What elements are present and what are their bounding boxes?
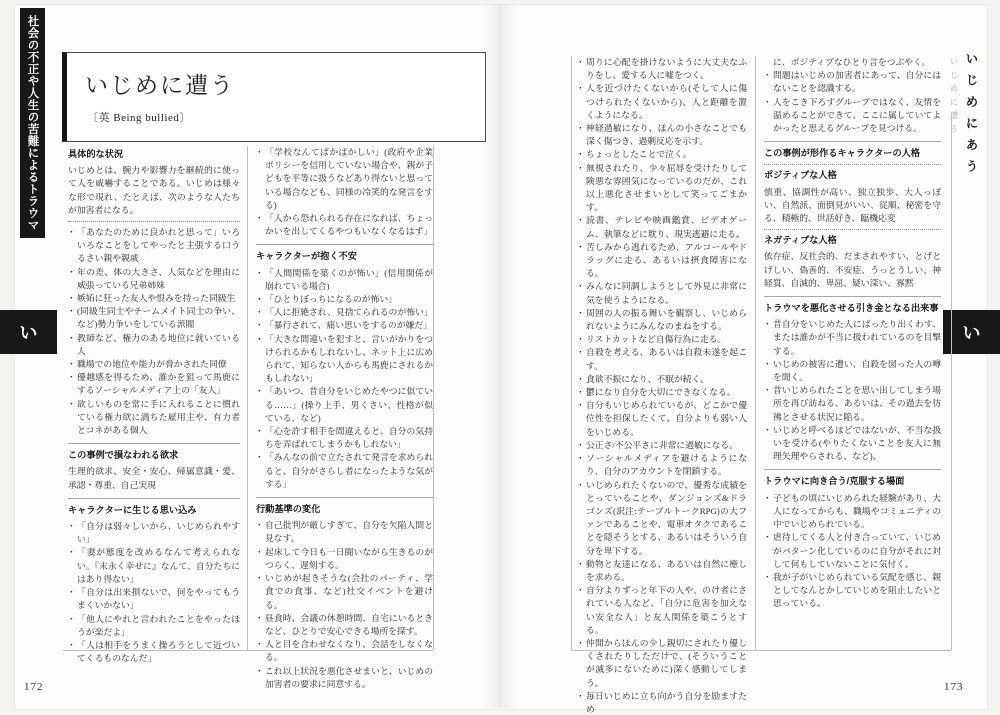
left-page-textblock-right-rule	[433, 146, 434, 650]
index-tab-left: い	[0, 310, 57, 354]
bullet-item: ちょっとしたことで泣く。	[577, 148, 747, 161]
running-head-kanji: いじめに遭う	[948, 57, 960, 177]
page-number-left: 172	[24, 681, 44, 693]
bullet-item: 昼食時、会議の休憩時間、自宅にいるときなど、ひとりで安心できる場所を探す。	[256, 612, 433, 638]
bullet-item: 教師など、権力のある地位に就いている人	[68, 332, 240, 358]
dotted-divider	[764, 164, 941, 165]
bullet-item: 「あなたのために良かれと思って」いろいろなことをしてやったと主張する口うるさい親…	[68, 226, 240, 266]
bullet-list: 「学校なんてばかばかしい」(政府や企業ポリシーを信用していない場合や、親が子ども…	[256, 146, 433, 238]
book-spine	[482, 4, 518, 708]
bullet-item: 周りに心配を掛けないように大丈夫なふりをし、愛する人に嘘をつく。	[577, 56, 747, 82]
bullet-item: いじめられたくないので、優秀な成績をとっていることや、ダンジョンズ&ドラゴンズ(…	[577, 479, 747, 558]
bullet-item: 嫉妬に狂った友人や恨みを持った同級生	[68, 292, 240, 305]
bullet-item: 「ひとりぼっちになるのが怖い」	[256, 293, 433, 306]
book-spread-photo: 社会の不正や人生の苦難によるトラウマ い い いじめにあう いじめに遭う いじめ…	[0, 0, 1000, 715]
bullet-item: いじめと呼べるほどではないが、不当な扱いを受ける(やりたくないことを友人に無理矢…	[764, 424, 941, 464]
bullet-list: 「あなたのために良かれと思って」いろいろなことをしてやったと主張する口うるさい親…	[68, 226, 240, 437]
bullet-item: 「心を許す相手を間違えると、自分の気持ちを弄ばれてしまうかもしれない」	[256, 425, 433, 451]
continuation-text: に、ポジティブなひとり言をつぶやく。	[764, 56, 941, 69]
bullet-item: 周囲の人の振る舞いを観察し、いじめられないようにみんなのまねをする。	[577, 307, 747, 333]
section-header: キャラクターが抱く不安	[256, 250, 433, 263]
bullet-item: 無視されたり、少々屈辱を受けたりして険悪な雰囲気になっているのだが、これ以上悪化…	[577, 162, 747, 215]
sub-section-header: ネガティブな人格	[764, 234, 941, 247]
bullet-item: 「人に拒絶され、見捨てられるのが怖い」	[256, 306, 433, 319]
bullet-item: 「自分は出来損ないで、何をやってもうまくいかない」	[68, 586, 240, 612]
bullet-item: (同級生同士やチームメイト同士の争い、など)勢力争いをしている派閥	[68, 305, 240, 331]
bullet-list: 昔自分をいじめた人にばったり出くわす、または誰かが不当に扱われているのを目撃する…	[764, 318, 941, 463]
bullet-item: 「大きな間違いを犯すと、言いがかりをつけられるかもしれないし、ネット上に広められ…	[256, 333, 433, 386]
section-header: 具体的な状況	[68, 148, 240, 161]
bullet-list: 問題はいじめの加害者にあって、自分にはないことを認識する。人をこき下ろすグループ…	[764, 69, 941, 135]
right-page-column-1: 周りに心配を掛けないように大丈夫なふりをし、愛する人に嘘をつく。人を近づけたくな…	[577, 56, 747, 715]
bullet-item: リストカットなど自傷行為に走る。	[577, 333, 747, 346]
body-paragraph: 依存症、反社会的、だまされやすい、とげとげしい、偽善的、不安症、うっとうしい、神…	[764, 250, 941, 290]
bullet-item: 読書、テレビや映画鑑賞、ビデオゲーム、執筆などに耽り、現実逃避に走る。	[577, 214, 747, 240]
section-divider	[68, 498, 240, 499]
page-number-right: 173	[944, 681, 964, 693]
right-page-column-2: に、ポジティブなひとり言をつぶやく。問題はいじめの加害者にあって、自分にはないこ…	[764, 56, 941, 611]
bullet-item: 「人間関係を築くのが怖い」(信用関係が崩れている場合)	[256, 267, 433, 293]
bullet-item: 「他人にやれと言われたことをやったほうが楽だよ」	[68, 613, 240, 639]
bullet-item: 自殺を考える、あるいは自殺未遂を起こす。	[577, 346, 747, 372]
bullet-list: 「人間関係を築くのが怖い」(信用関係が崩れている場合)「ひとりぼっちになるのが怖…	[256, 267, 433, 491]
section-divider	[764, 469, 941, 470]
bullet-item: 虐待してくる人と付き合っていて、いじめがパターン化しているのに自分がそれに対して…	[764, 531, 941, 571]
bullet-item: 動物と友達になる、あるいは自然に癒しを求める。	[577, 558, 747, 584]
category-banner: 社会の不正や人生の苦難によるトラウマ	[20, 8, 45, 238]
dotted-divider	[68, 221, 240, 222]
bullet-item: 子どもの頃にいじめられた経験があり、大人になってからも、職場やコミュニティの中で…	[764, 492, 941, 532]
section-divider	[256, 244, 433, 245]
bullet-item: 苦しみから逃れるため、アルコールやドラッグに走る、あるいは摂食障害になる。	[577, 241, 747, 281]
bullet-item: 優越感を得るため、誰かを狙って馬鹿にするソーシャルメディア上の「友人」	[68, 371, 240, 397]
bullet-item: 人と目を合わせなくなり、会話をしなくなる。	[256, 638, 433, 664]
bullet-item: これ以上状況を悪化させまいと、いじめの加害者の要求に同意する。	[256, 665, 433, 691]
section-divider	[764, 141, 941, 142]
bullet-item: ソーシャルメディアを避けるようになり、自分のアカウントを閉鎖する。	[577, 452, 747, 478]
bullet-item: 自分もいじめられているが、どこかで優位性を担保したくて、自分よりも弱い人をいじめ…	[577, 399, 747, 439]
entry-title-box: いじめに遭う 〔英 Being bullied〕	[62, 52, 486, 142]
section-header: トラウマを悪化させる引き金となる出来事	[764, 302, 941, 315]
bullet-item: 仲間からほんの少し親切にされたり優しくされたりしただけで、(そういうことが滅多に…	[577, 637, 747, 690]
left-page-bottom-rule	[63, 650, 433, 651]
dotted-divider	[764, 229, 941, 230]
section-header: キャラクターに生じる思い込み	[68, 504, 240, 517]
bullet-item: 神経過敏になり、ほんの小さなことでも深く傷つき、過剰反応を示す。	[577, 122, 747, 148]
bullet-list: 子どもの頃にいじめられた経験があり、大人になってからも、職場やコミュニティの中で…	[764, 492, 941, 611]
entry-title: いじめに遭う	[85, 67, 235, 100]
section-divider	[256, 497, 433, 498]
right-page-bottom-rule	[571, 650, 951, 651]
right-page-textblock-left-rule	[571, 56, 572, 650]
bullet-item: 食欲不振になり、不眠が続く。	[577, 373, 747, 386]
bullet-item: 「人は相手をうまく操ろうとして近づいてくるものなんだ」	[68, 639, 240, 665]
left-page-column-divider	[247, 146, 248, 650]
bullet-item: 人を近づけたくないから(そして人に傷つけられたくないから)、人と距離を置くように…	[577, 82, 747, 122]
section-header: この事例で損なわれる欲求	[68, 449, 240, 462]
right-page-column-divider	[755, 56, 756, 650]
bullet-item: 「学校なんてばかばかしい」(政府や企業ポリシーを信用していない場合や、親が子ども…	[256, 146, 433, 212]
bullet-item: いじめの被害に遭い、自殺を図った人の噂を聞く。	[764, 358, 941, 384]
bullet-item: 年の差、体の大きさ、人気などを理由に威張っている兄弟姉妹	[68, 266, 240, 292]
bullet-item: 昔自分をいじめた人にばったり出くわす、または誰かが不当に扱われているのを目撃する…	[764, 318, 941, 358]
entry-title-english: 〔英 Being bullied〕	[87, 109, 191, 125]
section-divider	[68, 443, 240, 444]
bullet-item: みんなに同調しようとして外見に非常に気を使うようになる。	[577, 280, 747, 306]
section-header: トラウマに向き合う/克服する場面	[764, 475, 941, 488]
bullet-list: 自己批判が厳しすぎて、自分を欠陥人間と見なす。起床して今日も一日闘いながら生きる…	[256, 519, 433, 691]
right-page-edge-rule	[951, 112, 952, 650]
body-paragraph: 生理的欲求、安全・安心、帰属意識・愛、承認・尊重、自己実現	[68, 465, 240, 491]
bullet-item: 「あいつ、昔自分をいじめたやつに似ている……」(操り上手、男くさい、性格が似てい…	[256, 385, 433, 425]
bullet-item: 昔いじめられたことを思い出してしまう場所を再び訪ねる、あるいは、その過去を彷彿と…	[764, 384, 941, 424]
bullet-item: 自分よりずっと年下の人や、のけ者にされている人など、「自分に危害を加えない安全な…	[577, 584, 747, 637]
body-paragraph: 慎重、協調性が高い、独立独歩、大人っぽい、自然派、面倒見がいい、従順、秘密を守る…	[764, 186, 941, 226]
bullet-item: 起床して今日も一日闘いながら生きるのがつらく、遅刻する。	[256, 546, 433, 572]
bullet-item: 問題はいじめの加害者にあって、自分にはないことを認識する。	[764, 69, 941, 95]
bullet-item: 「自分は弱々しいから、いじめられやすい」	[68, 520, 240, 546]
section-header: 行動基準の変化	[256, 503, 433, 516]
left-page-column-1: 具体的な状況いじめとは、腕力や影響力を継続的に使って人を威嚇することである。いじ…	[68, 146, 240, 665]
bullet-item: 「みんなの前で立たされて発言を求められると、自分がさらし者になったような気がする…	[256, 451, 433, 491]
bullet-item: 「人から恐れられる存在になれば、ちょっかいを出してくるやつもいなくなるはず」	[256, 212, 433, 238]
left-page-column-2: 「学校なんてばかばかしい」(政府や企業ポリシーを信用していない場合や、親が子ども…	[256, 146, 433, 691]
running-head-kana: いじめにあう	[962, 52, 980, 222]
bullet-list: 周りに心配を掛けないように大丈夫なふりをし、愛する人に嘘をつく。人を近づけたくな…	[577, 56, 747, 715]
bullet-item: 鬱になり自分を大切にできなくなる。	[577, 386, 747, 399]
section-header: この事例が形作るキャラクターの人格	[764, 147, 941, 160]
body-paragraph: いじめとは、腕力や影響力を継続的に使って人を威嚇することである。いじめは様々な形…	[68, 164, 240, 217]
bullet-item: 「暴行されて、痛い思いをするのが嫌だ」	[256, 319, 433, 332]
bullet-item: いじめが起きそうな(会社のパーティ、学食での食事、など)社交イベントを避ける。	[256, 572, 433, 612]
section-divider	[764, 296, 941, 297]
bullet-item: 毎日いじめに立ち向かう自分を励ますため	[577, 690, 747, 715]
bullet-item: 職場での地位や能力が脅かされた同僚	[68, 358, 240, 371]
bullet-item: 我が子がいじめられている気配を感じ、親としてなんとかしていじめを阻止したいと思っ…	[764, 571, 941, 611]
sub-section-header: ポジティブな人格	[764, 169, 941, 182]
bullet-item: 公正さ/不公平さに非常に過敏になる。	[577, 439, 747, 452]
bullet-item: 人をこき下ろすグループではなく、友情を温めることができて、ここに属していてよかっ…	[764, 96, 941, 136]
bullet-list: 「自分は弱々しいから、いじめられやすい」「妻が態度を改めるなんて考えられない。『…	[68, 520, 240, 665]
bullet-item: 欲しいものを常に手に入れることに慣れている権力欲に満ちた雇用主や、有力者とコネが…	[68, 398, 240, 438]
bullet-item: 「妻が態度を改めるなんて考えられない。『末永く幸せに』なんて、自分たちにはあり得…	[68, 546, 240, 586]
bullet-item: 自己批判が厳しすぎて、自分を欠陥人間と見なす。	[256, 519, 433, 545]
